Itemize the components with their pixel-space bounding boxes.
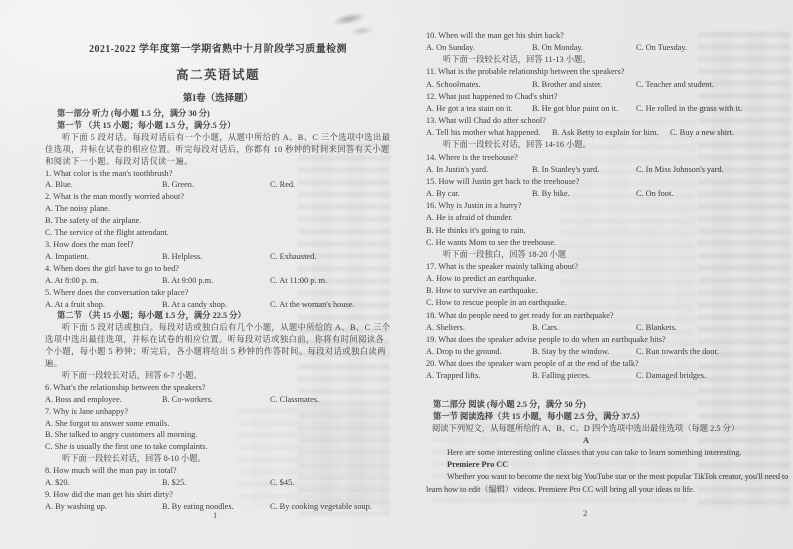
question-text: 12. What just happened to Chad's shirt? [426, 91, 790, 103]
part2-heading: 第二部分 阅读 (每小题 2.5 分，满分 50 分) [426, 399, 790, 411]
question-20: 20. What does the speaker warn people of… [426, 358, 790, 382]
ink-smudge [331, 11, 366, 28]
question-19: 19. What does the speaker advise people … [426, 334, 790, 358]
question-10: 10. When will the man get his shirt back… [426, 30, 790, 54]
option-b: B. He thinks it's going to rain. [426, 225, 790, 237]
page-number-2: 2 [583, 508, 587, 518]
listening-instruction-6-7: 听下面一段较长对话，回答 6-7 小题。 [45, 370, 391, 382]
question-text: 10. When will the man get his shirt back… [426, 30, 790, 42]
section2-heading: 第二节 （共 15 小题；每小题 1.5 分，满分 22.5 分） [45, 310, 391, 322]
question-options: A. Schoolmates. B. Brother and sister. C… [426, 79, 790, 91]
reading-instructions: 阅读下列短文，从每题所给的 A、B、C、D 四个选项中选出最佳选项（每题 2.5… [426, 423, 790, 435]
question-5: 5. Where does the conversation take plac… [45, 287, 391, 311]
question-text: 20. What does the speaker warn people of… [426, 358, 790, 370]
option-c: C. By cooking vegetable soup. [270, 501, 391, 513]
option-b: B. Ask Betty to explain for him. [552, 127, 670, 139]
option-b: B. At 9:00 p.m. [162, 275, 270, 287]
option-c: C. Red. [270, 179, 391, 191]
question-3: 3. How does the man feel? A. Impatient. … [45, 239, 391, 263]
option-a: A. Blue. [45, 179, 162, 191]
option-a: A. Impatient. [45, 251, 162, 263]
option-a: A. Drop to the ground. [426, 346, 532, 358]
question-text: 19. What does the speaker advise people … [426, 334, 790, 346]
question-11: 11. What is the probable relationship be… [426, 66, 790, 90]
question-17: 17. What is the speaker mainly talking a… [426, 261, 790, 310]
question-options: A. He got a tea stain on it. B. He got b… [426, 103, 790, 115]
option-c: C. At the woman's house. [270, 299, 391, 311]
option-a: A. On Sunday. [426, 42, 532, 54]
question-text: 9. How did the man get his shirt dirty? [45, 489, 391, 501]
question-options: A. By washing up. B. By eating noodles. … [45, 501, 391, 513]
question-text: 8. How much will the man pay in total? [45, 465, 391, 477]
question-18: 18. What do people need to get ready for… [426, 310, 790, 334]
option-b: B. $25. [162, 477, 270, 489]
option-c: C. Classmates. [270, 394, 391, 406]
option-a: A. Trapped lifts. [426, 370, 532, 382]
option-a: A. How to predict an earthquake. [426, 273, 790, 285]
listening-instruction-8-10: 听下面一段较长对话，回答 8-10 小题。 [45, 453, 391, 465]
option-b: B. In Stanley's yard. [532, 164, 636, 176]
question-text: 16. Why is Justin in a hurry? [426, 200, 790, 212]
section2-instructions: 听下面 5 段对话或独白。每段对话或独白后有几个小题，从题中所给的 A、B、C … [45, 322, 391, 370]
question-options: A. At a fruit shop. B. At a candy shop. … [45, 299, 391, 311]
passage-heading: Premiere Pro CC [426, 459, 790, 471]
option-c: C. On foot. [636, 188, 790, 200]
option-b: B. Falling pieces. [532, 370, 636, 382]
listening-instruction-18-20: 听下面一段独白，回答 18-20 小题 [426, 249, 790, 261]
option-b: B. Helpless. [162, 251, 270, 263]
question-text: 14. Where is the treehouse? [426, 152, 790, 164]
question-options: A. $20. B. $25. C. $45. [45, 477, 391, 489]
question-text: 2. What is the man mostly worried about? [45, 191, 391, 203]
question-15: 15. How will Justin get back to the tree… [426, 176, 790, 200]
question-text: 13. What will Chad do after school? [426, 115, 790, 127]
option-a: A. She forgot to answer some emails. [45, 418, 391, 430]
question-8: 8. How much will the man pay in total? A… [45, 465, 391, 489]
option-a: A. $20. [45, 477, 162, 489]
page-2: 10. When will the man get his shirt back… [426, 30, 790, 496]
option-a: A. In Justin's yard. [426, 164, 532, 176]
option-a: A. Schoolmates. [426, 79, 532, 91]
section1-heading: 第一节 （共 15 小题；每小题 1.5 分，满分.5 分） [45, 120, 391, 132]
question-text: 6. What's the relationship between the s… [45, 382, 391, 394]
option-b: B. He got blue paint on it. [532, 103, 636, 115]
option-c: C. The service of the flight attendant. [45, 227, 391, 239]
option-c: C. Buy a new shirt. [670, 127, 790, 139]
option-a: A. Boss and employee. [45, 394, 162, 406]
question-options: A. By car. B. By bike. C. On foot. [426, 188, 790, 200]
option-c: C. Damaged bridges. [636, 370, 790, 382]
question-text: 4. When does the girl have to go to bed? [45, 263, 391, 275]
question-options: A. On Sunday. B. On Monday. C. On Tuesda… [426, 42, 790, 54]
question-13: 13. What will Chad do after school? A. T… [426, 115, 790, 139]
question-options: A. In Justin's yard. B. In Stanley's yar… [426, 164, 790, 176]
part1-heading: 第一部分 听力 (每小题 1.5 分，满分 30 分) [45, 108, 391, 120]
ink-smudge [350, 25, 375, 36]
option-c: C. Run towards the door. [636, 346, 790, 358]
option-a: A. By washing up. [45, 501, 162, 513]
option-a: A. He is afraid of thunder. [426, 212, 790, 224]
reading-section-heading: 第一节 阅读选择（共 15 小题，每小题 2.5 分，满分 37.5） [426, 411, 790, 423]
question-options: A. Drop to the ground. B. Stay by the wi… [426, 346, 790, 358]
option-a: A. Shelters. [426, 322, 532, 334]
question-options: A. Trapped lifts. B. Falling pieces. C. … [426, 370, 790, 382]
question-options: A. Shelters. B. Cars. C. Blankets. [426, 322, 790, 334]
question-text: 17. What is the speaker mainly talking a… [426, 261, 790, 273]
passage-body: Whether you want to become the next big … [426, 471, 790, 495]
option-c: C. Blankets. [636, 322, 790, 334]
option-a: A. Tell his mother what happened. [426, 127, 552, 139]
passage-label: A [426, 435, 746, 447]
question-options: A. Blue. B. Green. C. Red. [45, 179, 391, 191]
question-6: 6. What's the relationship between the s… [45, 382, 391, 406]
page-1: 2021-2022 学年度第一学期省熟中十月阶段学习质量检测 高二英语试题 第I… [45, 36, 391, 513]
question-text: 7. Why is Jane unhappy? [45, 406, 391, 418]
option-c: C. How to rescue people in an earthquake… [426, 297, 790, 309]
question-7: 7. Why is Jane unhappy? A. She forgot to… [45, 406, 391, 454]
listening-instruction-11-13: 听下面一段较长对话，回答 11-13 小题。 [426, 54, 790, 66]
exam-title: 2021-2022 学年度第一学期省熟中十月阶段学习质量检测 [45, 40, 391, 55]
question-9: 9. How did the man get his shirt dirty? … [45, 489, 391, 513]
option-a: A. The noisy plane. [45, 203, 391, 215]
section1-instructions: 听下面 5 段对话。每段对话后有一个小题，从题中所给的 A、B、C 三个选项中选… [45, 132, 391, 168]
option-b: B. On Monday. [532, 42, 636, 54]
volume-title: 第I卷（选择题） [45, 90, 391, 104]
question-14: 14. Where is the treehouse? A. In Justin… [426, 152, 790, 176]
subject-title: 高二英语试题 [45, 65, 391, 83]
question-text: 1. What color is the man's toothbrush? [45, 168, 391, 180]
option-b: B. Stay by the window. [532, 346, 636, 358]
option-b: B. Cars. [532, 322, 636, 334]
page-number-1: 1 [213, 510, 217, 520]
option-b: B. She talked to angry customers all mor… [45, 429, 391, 441]
option-a: A. At a fruit shop. [45, 299, 162, 311]
option-a: A. By car. [426, 188, 532, 200]
option-c: C. At 11:00 p. m. [270, 275, 391, 287]
option-a: A. At 8:00 p. m. [45, 275, 162, 287]
question-options: A. Boss and employee. B. Co-workers. C. … [45, 394, 391, 406]
question-options: A. At 8:00 p. m. B. At 9:00 p.m. C. At 1… [45, 275, 391, 287]
option-c: C. He wants Mom to see the treehouse. [426, 237, 790, 249]
option-c: C. In Miss Johnson's yard. [636, 164, 790, 176]
question-options: A. Tell his mother what happened. B. Ask… [426, 127, 790, 139]
option-c: C. He rolled in the grass with it. [636, 103, 790, 115]
option-b: B. Brother and sister. [532, 79, 636, 91]
question-2: 2. What is the man mostly worried about?… [45, 191, 391, 239]
option-b: B. At a candy shop. [162, 299, 270, 311]
option-a: A. He got a tea stain on it. [426, 103, 532, 115]
option-c: C. On Tuesday. [636, 42, 790, 54]
question-text: 5. Where does the conversation take plac… [45, 287, 391, 299]
option-c: C. Exhausted. [270, 251, 391, 263]
question-options: A. Impatient. B. Helpless. C. Exhausted. [45, 251, 391, 263]
question-text: 15. How will Justin get back to the tree… [426, 176, 790, 188]
option-c: C. $45. [270, 477, 391, 489]
question-text: 11. What is the probable relationship be… [426, 66, 790, 78]
passage-intro: Here are some interesting online classes… [426, 447, 790, 459]
question-text: 3. How does the man feel? [45, 239, 391, 251]
question-text: 18. What do people need to get ready for… [426, 310, 790, 322]
option-b: B. The safety of the airplane. [45, 215, 391, 227]
option-c: C. She is usually the first one to take … [45, 441, 391, 453]
option-b: B. How to survive an earthquake. [426, 285, 790, 297]
scanned-exam-sheet: 2021-2022 学年度第一学期省熟中十月阶段学习质量检测 高二英语试题 第I… [0, 0, 793, 549]
question-4: 4. When does the girl have to go to bed?… [45, 263, 391, 287]
option-b: B. Co-workers. [162, 394, 270, 406]
listening-instruction-14-16: 听下面一段较长对话，回答 14-16 小题。 [426, 139, 790, 151]
option-c: C. Teacher and student. [636, 79, 790, 91]
question-12: 12. What just happened to Chad's shirt? … [426, 91, 790, 115]
question-16: 16. Why is Justin in a hurry? A. He is a… [426, 200, 790, 249]
option-b: B. By bike. [532, 188, 636, 200]
question-1: 1. What color is the man's toothbrush? A… [45, 168, 391, 192]
option-b: B. Green. [162, 179, 270, 191]
